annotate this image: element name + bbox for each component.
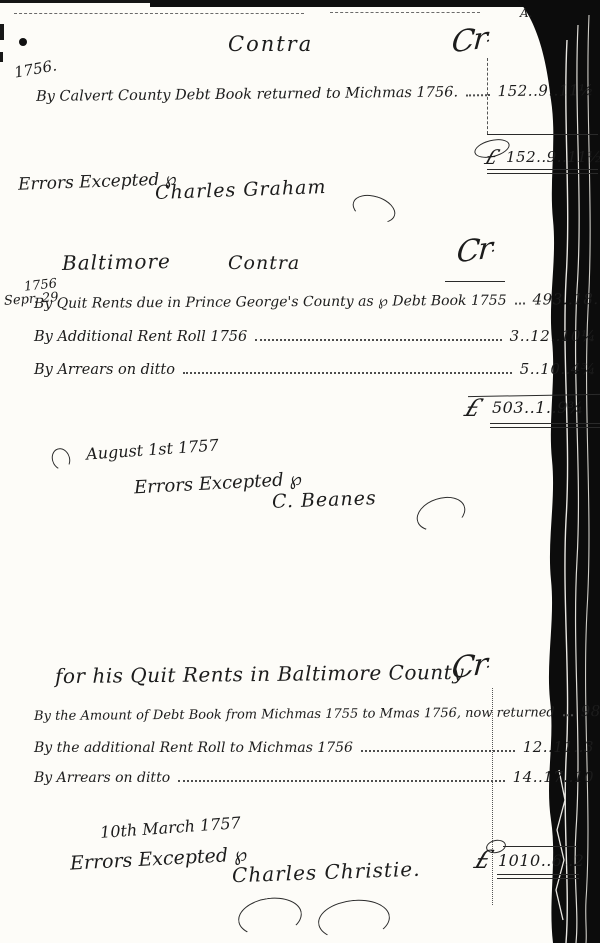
scan-top-crease: [330, 12, 480, 13]
sum-rule: [487, 134, 598, 135]
signature-charles-christie: Charles Christie.: [232, 857, 421, 888]
signature-c-beanes: C. Beanes: [272, 487, 377, 513]
double-rule: [490, 427, 600, 428]
section-total: 503..1..9¾: [492, 398, 584, 417]
sum-rule: [503, 846, 577, 847]
double-rule: [487, 169, 598, 170]
scan-left-tick: [0, 24, 4, 40]
section-baltimore-place: Baltimore: [62, 249, 171, 275]
pen-flourish: [349, 190, 399, 228]
entry-description: By Calvert County Debt Book returned to …: [36, 85, 458, 105]
ledger-entry: By the Amount of Debt Book from Michmas …: [34, 702, 594, 724]
money-column-rule: [492, 688, 493, 905]
errors-excepted-label: Errors Excepted ℘: [70, 843, 248, 874]
entry-description: By the Amount of Debt Book from Michmas …: [34, 705, 555, 724]
ledger-page: A. Contra Cr. 1756. By Calvert County De…: [0, 0, 600, 943]
ink-blot: [19, 38, 27, 46]
entry-description: By Additional Rent Roll 1756: [34, 329, 247, 345]
dotted-leader: [255, 339, 501, 341]
errors-excepted-label: Errors Excepted ℘: [18, 169, 177, 195]
scan-left-tick: [0, 52, 3, 62]
book-binding-edge: [515, 0, 600, 943]
ledger-entry: By Arrears on ditto 5..10..4¾: [34, 360, 596, 378]
pen-flourish: [236, 894, 305, 941]
credit-mark: Cr.: [451, 650, 490, 685]
ledger-entry: By the additional Rent Roll to Michmas 1…: [34, 738, 594, 756]
ledger-entry: By Arrears on ditto 14..17..10: [34, 768, 594, 786]
entry-description: By Quit Rents due in Prince George's Cou…: [34, 293, 507, 312]
section-total: 1010..6..2: [498, 851, 584, 870]
section-baltimore-heading: Contra: [228, 252, 300, 274]
entry-amount: 152..9..11½: [498, 81, 595, 100]
entry-amount: 12..11..3: [523, 738, 594, 756]
entry-amount: 493..18..6¾: [533, 290, 600, 309]
pen-flourish: [316, 896, 392, 943]
credit-mark-underline: [445, 281, 505, 282]
ledger-entry: By Quit Rents due in Prince George's Cou…: [34, 290, 596, 312]
entry-amount: 14..17..10: [513, 768, 594, 786]
double-rule: [490, 423, 600, 424]
attestation-date: 10th March 1757: [100, 813, 242, 842]
signature-charles-graham: Charles Graham: [155, 176, 327, 204]
dotted-leader: [178, 780, 505, 782]
dotted-leader: [563, 714, 573, 716]
section-total: 152..9..11½: [506, 148, 600, 166]
attestation-date: August 1st 1757: [85, 435, 219, 463]
credit-mark: Cr.: [451, 24, 490, 59]
pen-flourish: [412, 491, 469, 537]
entry-amount: 3..12..10¼: [510, 327, 596, 345]
currency-sign: £: [461, 394, 486, 422]
entry-amount: 5..10..4¾: [520, 360, 596, 378]
corner-folio-mark: A.: [520, 6, 532, 20]
entry-amount: 982..17..1: [581, 702, 600, 721]
dotted-leader: [183, 372, 512, 374]
credit-mark: Cr.: [456, 234, 495, 269]
pen-flourish: [49, 446, 73, 473]
entry-description: By Arrears on ditto: [34, 362, 175, 378]
section-quitrents-heading: for his Quit Rents in Baltimore County: [55, 660, 464, 688]
dotted-leader: [515, 303, 525, 305]
entry-description: By Arrears on ditto: [34, 770, 170, 786]
entry-description: By the additional Rent Roll to Michmas 1…: [34, 740, 353, 756]
margin-year: 1756.: [13, 56, 58, 81]
currency-sign: £: [471, 845, 497, 874]
double-rule: [497, 874, 579, 875]
ledger-entry: By Additional Rent Roll 1756 3..12..10¼: [34, 327, 596, 345]
money-column-rule: [487, 58, 488, 134]
double-rule: [487, 173, 598, 174]
ledger-entry: By Calvert County Debt Book returned to …: [36, 81, 594, 105]
section-calvert-heading: Contra: [228, 32, 313, 56]
scan-top-crease: [14, 13, 304, 14]
double-rule: [497, 878, 579, 879]
